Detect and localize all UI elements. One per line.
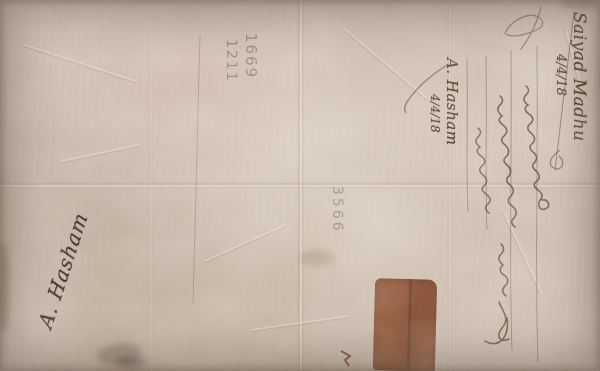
edge-vignette bbox=[0, 0, 600, 371]
scanned-note-photo: A. Hasham Saiyad Madhu 4/4/18 A. Hasham … bbox=[0, 0, 600, 371]
